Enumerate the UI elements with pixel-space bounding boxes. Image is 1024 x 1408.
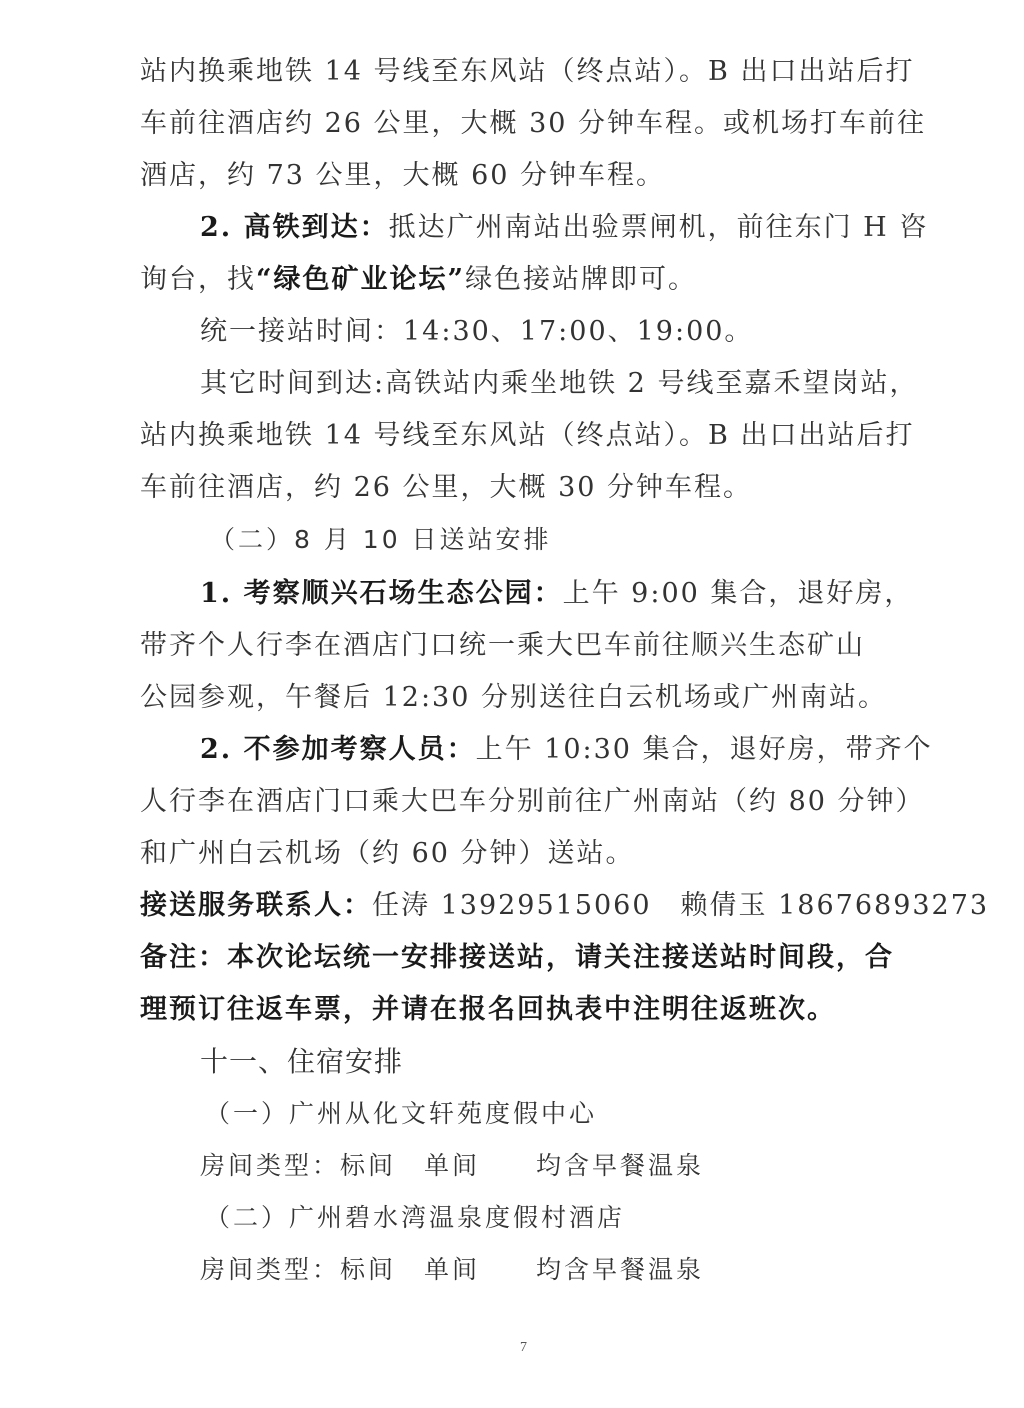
dropoff-item-1-label: 1. 考察顺兴石场生态公园： — [200, 578, 563, 609]
hotel-2-rooms: 房间类型：标间 单间 均含早餐温泉 — [200, 1250, 980, 1290]
contacts-label: 接送服务联系人： — [140, 890, 372, 921]
dropoff-item-2-text: 上午 10:30 集合，退好房，带齐个 — [476, 734, 933, 765]
document-page: 站内换乘地铁 14 号线至东风站（终点站）。B 出口出站后打 车前往酒店约 26… — [0, 0, 1024, 1408]
dropoff-item-1-text: 公园参观，午餐后 12:30 分别送往白云机场或广州南站。 — [140, 678, 920, 718]
dropoff-item-1-text: 上午 9:00 集合，退好房， — [563, 578, 914, 609]
hotel-1-name: （一）广州从化文轩苑度假中心 — [205, 1094, 985, 1134]
dropoff-item-2-text: 人行李在酒店门口乘大巴车分别前往广州南站（约 80 分钟） — [140, 782, 920, 822]
note-line: 理预订往返车票，并请在报名回执表中注明往返班次。 — [140, 990, 920, 1030]
contacts-line: 接送服务联系人：任涛 13929515060 赖倩玉 18676893273 — [140, 886, 920, 926]
contacts-text: 任涛 13929515060 赖倩玉 18676893273 — [372, 890, 989, 921]
hotel-2-name: （二）广州碧水湾温泉度假村酒店 — [205, 1198, 985, 1238]
hsr-sign-line: 询台，找“绿色矿业论坛”绿色接站牌即可。 — [140, 260, 920, 300]
dropoff-item-1-text: 带齐个人行李在酒店门口统一乘大巴车前往顺兴生态矿山 — [140, 626, 920, 666]
pickup-times: 统一接站时间：14:30、17:00、19:00。 — [200, 312, 980, 352]
other-time-line: 站内换乘地铁 14 号线至东风站（终点站）。B 出口出站后打 — [140, 416, 920, 456]
dropoff-item-2-text: 和广州白云机场（约 60 分钟）送站。 — [140, 834, 920, 874]
hotel-1-rooms: 房间类型：标间 单间 均含早餐温泉 — [200, 1146, 980, 1186]
other-time-line: 车前往酒店，约 26 公里，大概 30 分钟车程。 — [140, 468, 920, 508]
note-line: 备注：本次论坛统一安排接送站，请关注接送站时间段，合 — [140, 938, 920, 978]
dropoff-item-2-label: 2. 不参加考察人员： — [200, 734, 476, 765]
hsr-arrival-label: 2. 高铁到达： — [200, 212, 389, 243]
other-time-line: 其它时间到达:高铁站内乘坐地铁 2 号线至嘉禾望岗站， — [200, 364, 980, 404]
hsr-arrival-line: 2. 高铁到达：抵达广州南站出验票闸机，前往东门 H 咨 — [200, 208, 980, 248]
paragraph-line: 车前往酒店约 26 公里，大概 30 分钟车程。或机场打车前往 — [140, 104, 920, 144]
hsr-arrival-text: 抵达广州南站出验票闸机，前往东门 H 咨 — [389, 212, 929, 243]
hsr-text: 询台，找 — [140, 264, 256, 295]
paragraph-line: 站内换乘地铁 14 号线至东风站（终点站）。B 出口出站后打 — [140, 52, 920, 92]
dropoff-item-2: 2. 不参加考察人员：上午 10:30 集合，退好房，带齐个 — [200, 730, 980, 770]
accommodation-heading: 十一、住宿安排 — [200, 1042, 980, 1082]
dropoff-section-title: （二）8 月 10 日送站安排 — [210, 520, 990, 560]
paragraph-line: 酒店，约 73 公里，大概 60 分钟车程。 — [140, 156, 920, 196]
page-number: 7 — [520, 1340, 527, 1356]
forum-sign-name: “绿色矿业论坛” — [256, 264, 465, 295]
dropoff-item-1: 1. 考察顺兴石场生态公园：上午 9:00 集合，退好房， — [200, 574, 980, 614]
hsr-text: 绿色接站牌即可。 — [465, 264, 697, 295]
